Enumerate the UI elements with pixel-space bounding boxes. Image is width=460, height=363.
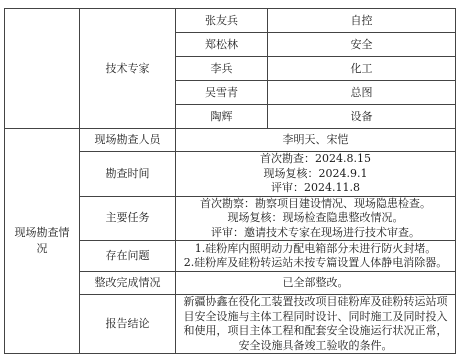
personnel-row: 现场勘查情况 现场勘查人员 李明天、宋恺	[5, 129, 456, 152]
time-line: 首次勘查：2024.8.15	[178, 152, 453, 167]
expert-name: 李兵	[176, 57, 268, 81]
tasks-value: 首次勘察：勘察项目建设情况、现场隐患检查。 现场复核：现场检查隐患整改情况。 评…	[176, 196, 456, 241]
expert-name: 郑松林	[176, 33, 268, 57]
expert-row: 技术专家 张友兵 自控	[5, 9, 456, 33]
time-line: 现场复核：2024.9.1	[178, 167, 453, 182]
expert-field: 化工	[268, 57, 456, 81]
issues-value: 1.硅粉库内照明动力配电箱部分未进行防火封堵。 2.硅粉库及硅粉转运站未按专篇设…	[176, 241, 456, 272]
inspection-report-table: 技术专家 张友兵 自控 郑松林 安全 李兵 化工 吴雪青 总图 陶辉 设备 现场…	[4, 8, 456, 354]
personnel-label: 现场勘查人员	[80, 129, 176, 152]
expert-field: 安全	[268, 33, 456, 57]
issue-line: 2.硅粉库及硅粉转运站未按专篇设置人体静电消除器。	[178, 256, 453, 271]
time-line: 评审：2024.11.8	[178, 181, 453, 196]
conclusion-line: 目安全设施与主体工程同时设计、同时施工及同时投入	[178, 310, 453, 325]
expert-field: 设备	[268, 105, 456, 129]
expert-name: 陶辉	[176, 105, 268, 129]
rectification-value: 已全部整改。	[176, 272, 456, 295]
expert-section-label: 技术专家	[80, 9, 176, 129]
task-line: 首次勘察：勘察项目建设情况、现场隐患检查。	[178, 197, 453, 212]
personnel-value: 李明天、宋恺	[176, 129, 456, 152]
conclusion-label: 报告结论	[80, 295, 176, 354]
conclusion-line: 安全设施具备竣工验收的条件。	[178, 339, 453, 354]
expert-name: 吴雪青	[176, 81, 268, 105]
issues-label: 存在问题	[80, 241, 176, 272]
inspection-section-label: 现场勘查情况	[5, 129, 80, 354]
conclusion-line: 和使用，项目主体工程和配套安全设施运行状况正常，	[178, 324, 453, 339]
task-line: 现场复核：现场检查隐患整改情况。	[178, 211, 453, 226]
conclusion-value: 新疆协鑫在役化工装置技改项目硅粉库及硅粉转运站项 目安全设施与主体工程同时设计、…	[176, 295, 456, 354]
time-value: 首次勘查：2024.8.15 现场复核：2024.9.1 评审：2024.11.…	[176, 152, 456, 197]
issue-line: 1.硅粉库内照明动力配电箱部分未进行防火封堵。	[178, 242, 453, 257]
conclusion-line: 新疆协鑫在役化工装置技改项目硅粉库及硅粉转运站项	[178, 295, 453, 310]
rectification-label: 整改完成情况	[80, 272, 176, 295]
blank-section-cell	[5, 9, 80, 129]
task-line: 评审：邀请技术专家在现场进行技术审查。	[178, 226, 453, 241]
expert-field: 自控	[268, 9, 456, 33]
expert-name: 张友兵	[176, 9, 268, 33]
time-label: 勘查时间	[80, 152, 176, 197]
expert-field: 总图	[268, 81, 456, 105]
tasks-label: 主要任务	[80, 196, 176, 241]
